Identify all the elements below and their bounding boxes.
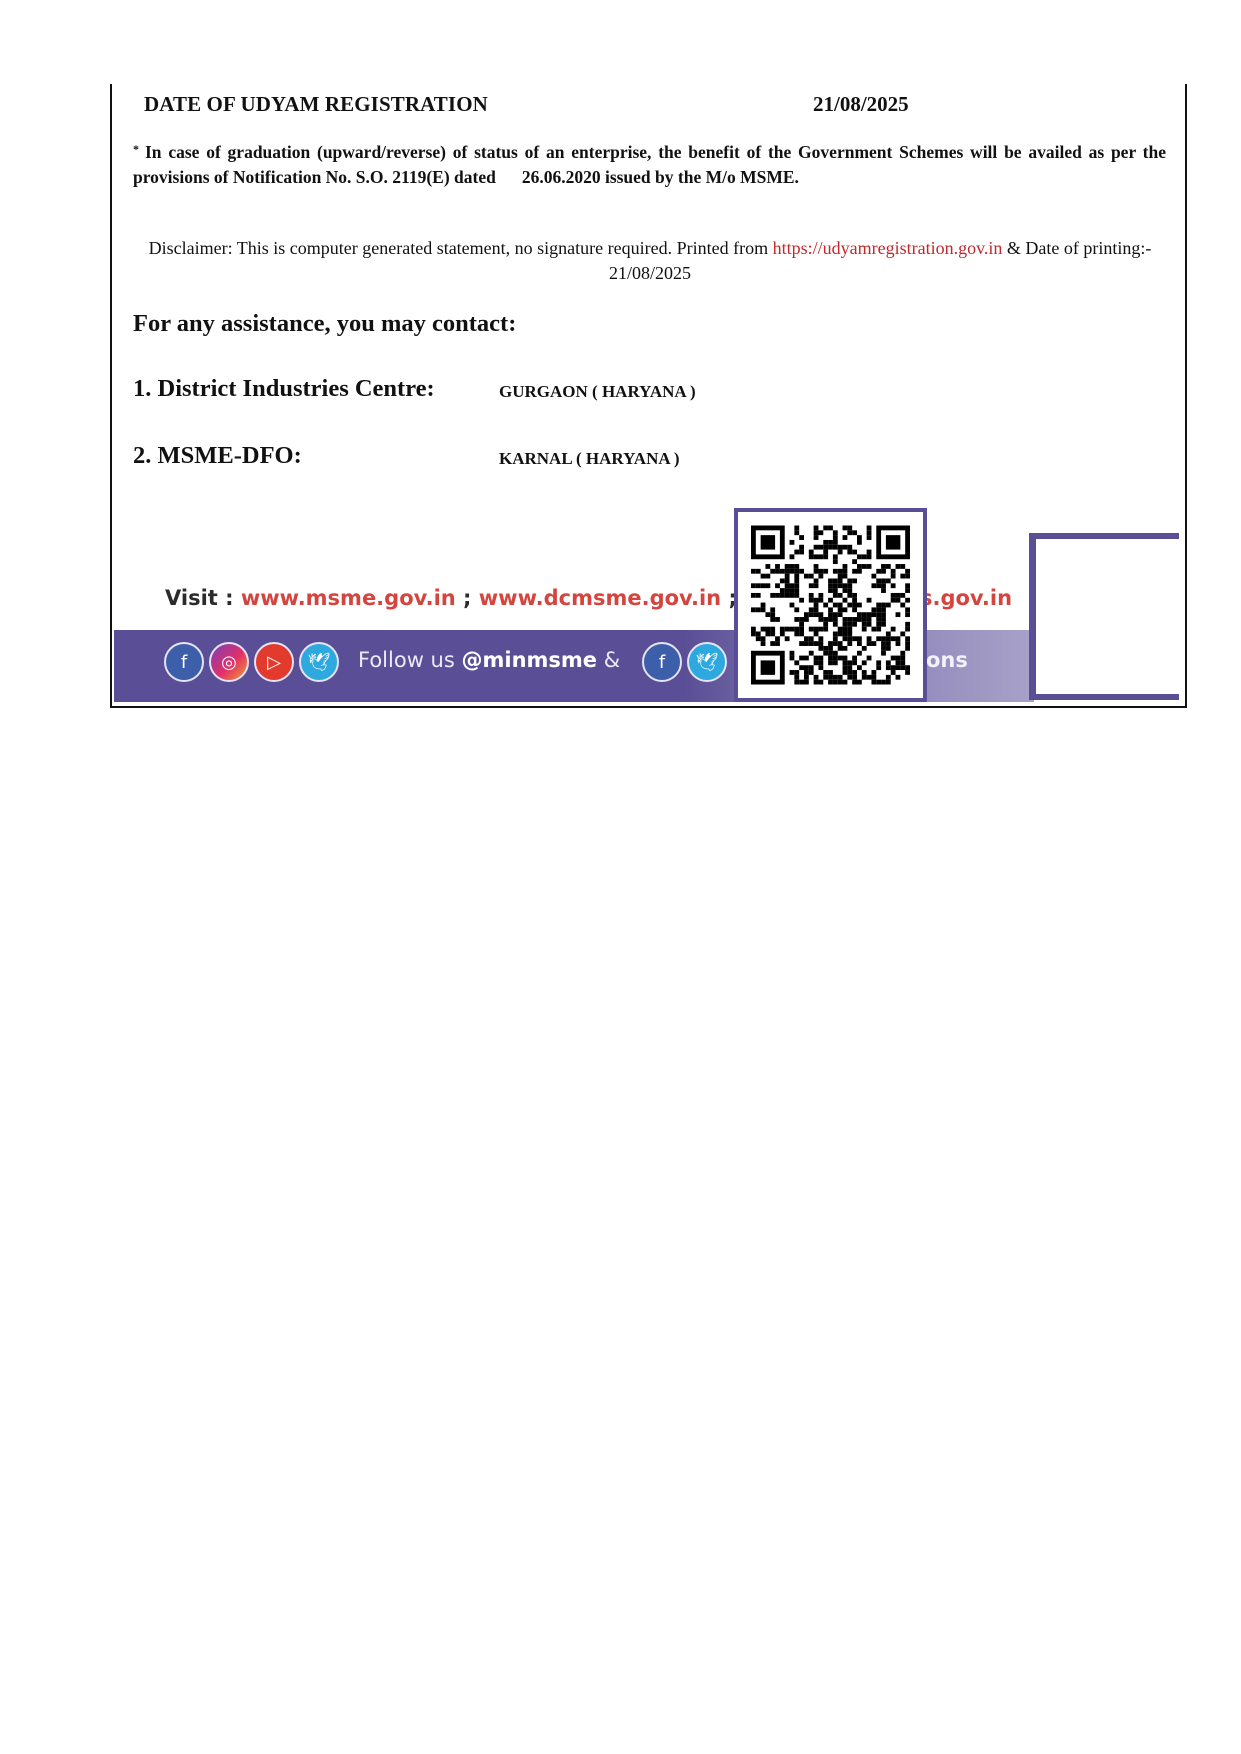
footnote-marker: *: [133, 142, 139, 156]
registration-date-value: 21/08/2025: [813, 92, 909, 117]
visit-line: Visit : www.msme.gov.in ; www.dcmsme.gov…: [165, 586, 737, 610]
twitter-icon[interactable]: 🕊: [687, 642, 727, 682]
facebook-icon[interactable]: f: [642, 642, 682, 682]
instagram-icon[interactable]: ◎: [209, 642, 249, 682]
follow-prefix: Follow us: [358, 648, 461, 672]
contact-msme-dfo-value: KARNAL ( HARYANA ): [499, 449, 680, 469]
contact-dic-label: 1. District Industries Centre:: [133, 375, 435, 402]
third-site-link[interactable]: s.gov.in: [920, 586, 1012, 610]
youtube-icon[interactable]: ▷: [254, 642, 294, 682]
contact-dic: 1. District Industries Centre: GURGAON (…: [133, 375, 435, 403]
twitter-icon[interactable]: 🕊: [299, 642, 339, 682]
registration-date-label: DATE OF UDYAM REGISTRATION: [144, 92, 488, 117]
contact-msme-dfo: 2. MSME-DFO: KARNAL ( HARYANA ): [133, 442, 302, 470]
msme-site-link[interactable]: www.msme.gov.in: [241, 586, 456, 610]
qr-code-icon: [751, 525, 910, 685]
minmsme-handle[interactable]: @minmsme: [461, 648, 597, 672]
qr-code: [734, 508, 927, 702]
graduation-note: *In case of graduation (upward/reverse) …: [133, 140, 1166, 190]
visit-label: Visit :: [165, 586, 241, 610]
contact-heading: For any assistance, you may contact:: [133, 310, 516, 338]
disclaimer: Disclaimer: This is computer generated s…: [128, 236, 1172, 286]
visit-line-tail: s.gov.in: [920, 586, 1012, 610]
follow-us-text: Follow us @minmsme &: [358, 648, 620, 672]
facebook-icon[interactable]: f: [164, 642, 204, 682]
udyam-registration-link[interactable]: https://udyamregistration.gov.in: [773, 238, 1003, 258]
contact-dic-value: GURGAON ( HARYANA ): [499, 382, 696, 402]
follow-suffix: &: [597, 648, 620, 672]
contact-msme-dfo-label: 2. MSME-DFO:: [133, 442, 302, 469]
dcmsme-site-link[interactable]: www.dcmsme.gov.in: [479, 586, 721, 610]
right-frame-box: [1029, 533, 1179, 700]
disclaimer-prefix: Disclaimer: This is computer generated s…: [149, 238, 773, 258]
visit-separator: ;: [456, 586, 479, 610]
note-text-2: 26.06.2020 issued by the M/o MSME.: [522, 167, 799, 187]
banner-trailing-text: ons: [926, 648, 968, 672]
